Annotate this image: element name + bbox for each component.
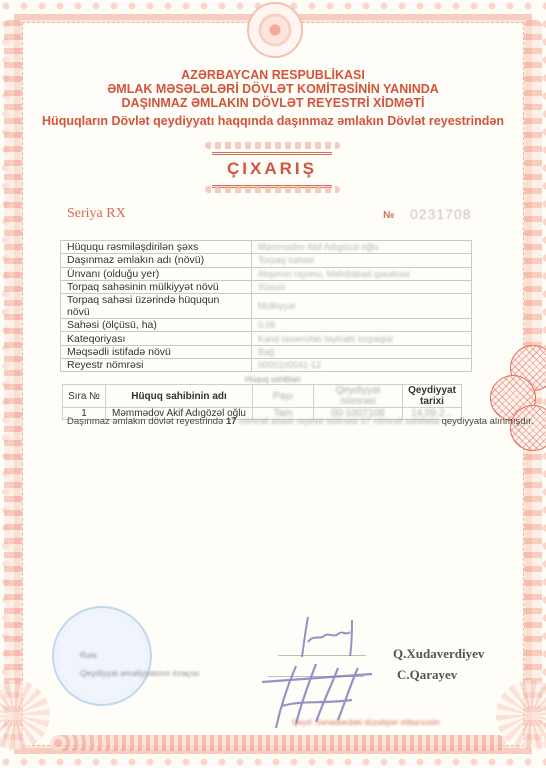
field-value: Kənd təsərrüfatı təyinatlı torpaqlar: [252, 332, 472, 345]
registration-statement: Daşınmaz əmlakın dövlət reyestrində 17 n…: [67, 416, 534, 427]
field-label: Reyestr nömrəsi: [61, 359, 252, 372]
table-row: Sahəsi (ölçüsü, ha)0.06: [61, 319, 472, 332]
field-value: Bağ: [252, 345, 472, 358]
bottom-border-ornament: [50, 735, 506, 751]
header-committee: ƏMLAK MƏSƏLƏLƏRİ DÖVLƏT KOMİTƏSİNİN YANI…: [0, 82, 546, 96]
table-row: KateqoriyasıKənd təsərrüfatı təyinatlı t…: [61, 332, 472, 345]
number-sign: №: [383, 210, 394, 221]
owners-header-row: Sıra № Hüquq sahibinin adı Payı Qeydiyya…: [63, 385, 462, 408]
table-row: Hüququ rəsmiləşdirilən şəxsMəmmədov Akif…: [61, 241, 472, 254]
field-label: Torpaq sahəsi üzərində hüququn növü: [61, 294, 252, 319]
official-stamp: [52, 606, 152, 706]
title-flourish-top: [205, 142, 340, 149]
statement-section-number: 17: [226, 416, 237, 427]
field-label: Kateqoriyası: [61, 332, 252, 345]
title-flourish-bottom: [205, 186, 340, 193]
stamp-label-executor: Qeydiyyat əməliyyatının icraçısı: [80, 668, 200, 678]
col-header-share: Payı: [253, 385, 314, 408]
col-header-owner-name: Hüquq sahibinin adı: [106, 385, 253, 408]
table-row: Məqsədli istifadə növüBağ: [61, 345, 472, 358]
col-header-order: Sıra №: [63, 385, 106, 408]
owners-table: Sıra № Hüquq sahibinin adı Payı Qeydiyya…: [62, 384, 462, 420]
field-value: Xüsusi: [252, 280, 472, 293]
field-value: Mülkiyyət: [252, 294, 472, 319]
field-value: Torpaq sahəsi: [252, 254, 472, 267]
field-value: Abşeron rayonu, Mehdiabad qəsəbəsi: [252, 267, 472, 280]
left-border-ornament: [4, 20, 22, 748]
table-row: Ünvanı (olduğu yer)Abşeron rayonu, Mehdi…: [61, 267, 472, 280]
header-country: AZƏRBAYCAN RESPUBLİKASI: [0, 68, 546, 82]
field-label: Daşınmaz əmlakın adı (növü): [61, 254, 252, 267]
field-value: Məmmədov Akif Adıgözəl oğlu: [252, 241, 472, 254]
field-label: Torpaq sahəsinin mülkiyyət növü: [61, 280, 252, 293]
certificate-page: AZƏRBAYCAN RESPUBLİKASI ƏMLAK MƏSƏLƏLƏRİ…: [0, 0, 546, 768]
table-row: Torpaq sahəsinin mülkiyyət növüXüsusi: [61, 280, 472, 293]
field-label: Məqsədli istifadə növü: [61, 345, 252, 358]
field-label: Hüququ rəsmiləşdirilən şəxs: [61, 241, 252, 254]
owners-caption: Hüquq sahibləri: [245, 375, 301, 384]
field-label: Sahəsi (ölçüsü, ha): [61, 319, 252, 332]
footnote: Qeyd: Sənədlərdəki düzəlişlər etibarsızd…: [292, 718, 440, 727]
signatory-name-2: C.Qarayev: [397, 667, 457, 683]
stamp-label-chief: Rəis: [80, 650, 97, 660]
table-row: Reyestr nömrəsi0000100041-12: [61, 359, 472, 372]
col-header-reg-date: Qeydiyyat tarixi: [403, 385, 462, 408]
table-row: Torpaq sahəsi üzərində hüququn növüMülki…: [61, 294, 472, 319]
field-value: 0.06: [252, 319, 472, 332]
property-info-table: Hüququ rəsmiləşdirilən şəxsMəmmədov Akif…: [60, 240, 472, 372]
document-number: 0231708: [410, 206, 472, 222]
field-value: 0000100041-12: [252, 359, 472, 372]
header-subtitle: Hüquqların Dövlət qeydiyyatı haqqında da…: [0, 114, 546, 128]
signatory-name-1: Q.Xudaverdiyev: [393, 646, 484, 662]
series-label: Seriya RX: [67, 206, 126, 222]
document-title: ÇIXARIŞ: [212, 152, 332, 188]
statement-prefix: Daşınmaz əmlakın dövlət reyestrində: [67, 416, 226, 427]
statement-middle: nömrəli əsaslı reyestr bölməsi 97 nömrəl…: [237, 416, 442, 426]
signature-1-icon: [290, 612, 360, 662]
state-emblem-icon: [247, 2, 303, 58]
statement-suffix: qeydiyyata alınmışdır.: [442, 416, 534, 427]
field-label: Ünvanı (olduğu yer): [61, 267, 252, 280]
col-header-reg-number: Qeydiyyat nömrəsi: [314, 385, 403, 408]
header-service: DAŞINMAZ ƏMLAKIN DÖVLƏT REYESTRİ XİDMƏTİ: [0, 96, 546, 110]
table-row: Daşınmaz əmlakın adı (növü)Torpaq sahəsi: [61, 254, 472, 267]
